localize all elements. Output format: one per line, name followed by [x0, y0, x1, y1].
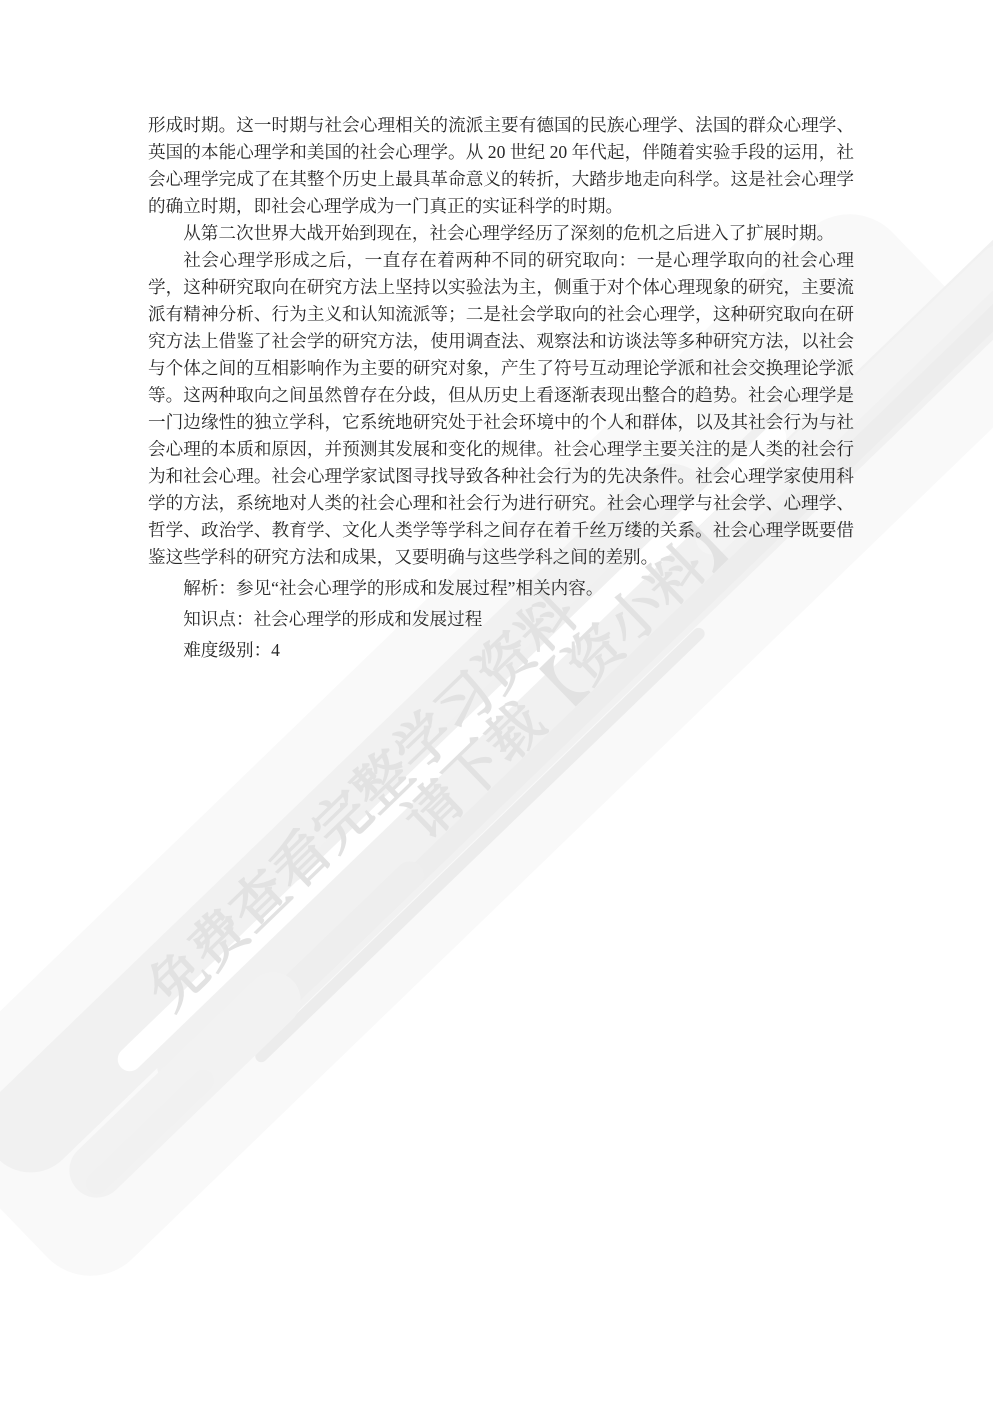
document-page: 免费查看完整学习资料 请下载【资小料】 形成时期。这一时期与社会心理相关的流派主…: [0, 0, 993, 1404]
paragraph-analysis: 解析：参见“社会心理学的形成和发展过程”相关内容。: [148, 575, 854, 602]
watermark-streak: [58, 961, 312, 1209]
paragraph-expansion-period: 从第二次世界大战开始到现在，社会心理学经历了深刻的危机之后进入了扩展时期。: [148, 220, 854, 247]
watermark-streak: [101, 856, 430, 1175]
paragraph-difficulty-level: 难度级别：4: [148, 637, 854, 664]
watermark-streak: [253, 625, 707, 1064]
paragraph-knowledge-point: 知识点：社会心理学的形成和发展过程: [148, 606, 854, 633]
paragraph-formation-period: 形成时期。这一时期与社会心理相关的流派主要有德国的民族心理学、法国的群众心理学、…: [148, 112, 854, 220]
paragraph-research-orientations: 社会心理学形成之后，一直存在着两种不同的研究取向：一是心理学取向的社会心理学，这…: [148, 247, 854, 571]
watermark-streak: [81, 1065, 219, 1199]
document-text: 形成时期。这一时期与社会心理相关的流派主要有德国的民族心理学、法国的群众心理学、…: [148, 112, 854, 664]
